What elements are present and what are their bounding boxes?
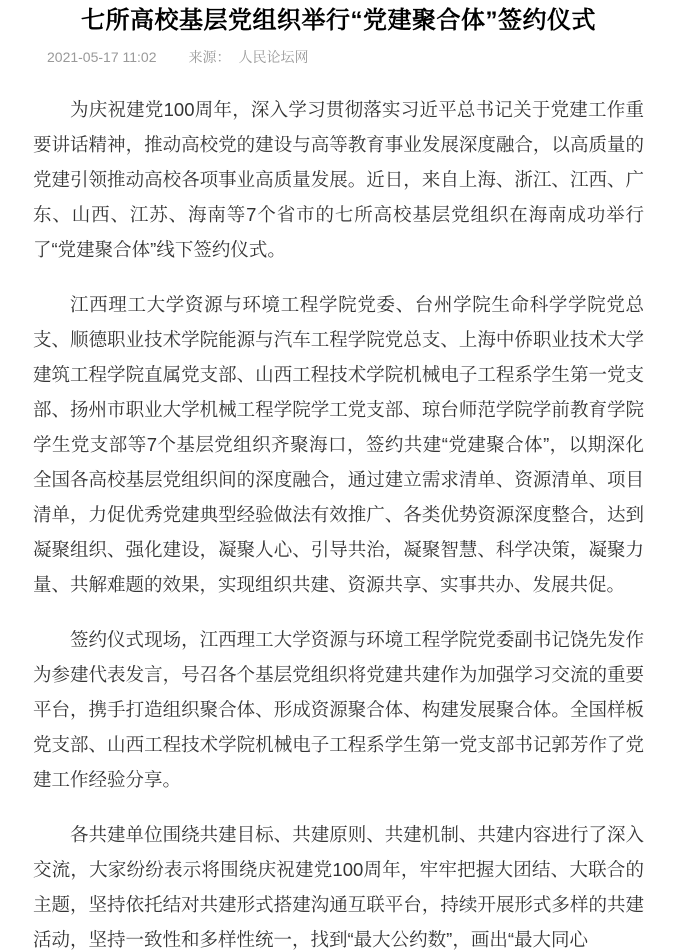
source-label: 来源： — [189, 49, 231, 65]
article-title: 七所高校基层党组织举行“党建聚合体”签约仪式 — [33, 6, 644, 36]
paragraph: 为庆祝建党100周年，深入学习贯彻落实习近平总书记关于党建工作重要讲话精神，推动… — [33, 92, 644, 267]
article-body: 为庆祝建党100周年，深入学习贯彻落实习近平总书记关于党建工作重要讲话精神，推动… — [33, 92, 644, 950]
publish-date: 2021-05-17 11:02 — [47, 49, 157, 65]
article-meta: 2021-05-17 11:02来源：人民论坛网 — [47, 49, 644, 66]
paragraph: 各共建单位围绕共建目标、共建原则、共建机制、共建内容进行了深入交流，大家纷纷表示… — [33, 817, 644, 950]
source-name: 人民论坛网 — [239, 49, 309, 65]
article-page: 七所高校基层党组织举行“党建聚合体”签约仪式 2021-05-17 11:02来… — [0, 0, 677, 950]
paragraph: 签约仪式现场，江西理工大学资源与环境工程学院党委副书记饶先发作为参建代表发言，号… — [33, 622, 644, 797]
paragraph: 江西理工大学资源与环境工程学院党委、台州学院生命科学学院党总支、顺德职业技术学院… — [33, 287, 644, 602]
